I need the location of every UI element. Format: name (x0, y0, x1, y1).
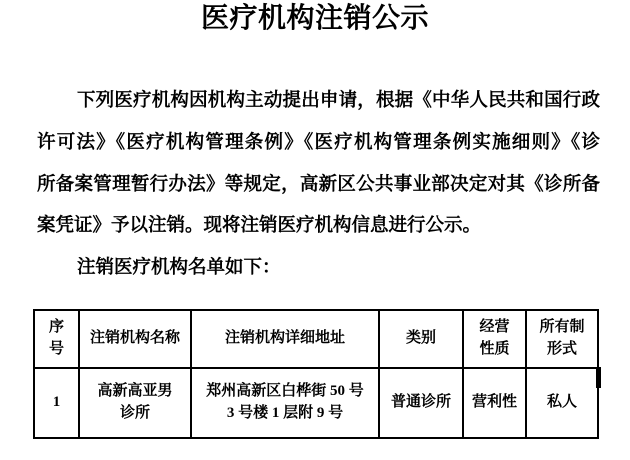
paragraph-line: 所备案管理暂行办法》等规定，高新区公共事业部决定对其《诊所备 (37, 165, 600, 207)
announcement-body: 下列医疗机构因机构主动提出申请，根据《中华人民共和国行政 许可法》《医疗机构管理… (37, 81, 600, 290)
cell-operation-nature: 营利性 (463, 368, 526, 438)
header-cell-ownership-form: 所有制 形式 (526, 310, 598, 368)
cell-ownership-form: 私人 (526, 368, 598, 438)
table-row: 1 高新高亚男 诊所 郑州高新区白桦街 50 号 3 号楼 1 层附 9 号 普… (34, 368, 598, 438)
table-edge-black-marker (596, 367, 601, 388)
paragraph-line: 注销医疗机构名单如下： (37, 248, 600, 290)
header-cell-operation-nature: 经营 性质 (463, 310, 526, 368)
header-cell-category: 类别 (379, 310, 463, 368)
deregistration-table: 序 号 注销机构名称 注销机构详细地址 类别 经营 性质 所有制 形式 1 高新… (33, 309, 599, 439)
cell-org-name: 高新高亚男 诊所 (79, 368, 191, 438)
paragraph-line: 许可法》《医疗机构管理条例》《医疗机构管理条例实施细则》《诊 (37, 123, 600, 165)
header-cell-org-address: 注销机构详细地址 (191, 310, 379, 368)
page-title: 医疗机构注销公示 (0, 2, 630, 36)
header-cell-org-name: 注销机构名称 (79, 310, 191, 368)
table-header-row: 序 号 注销机构名称 注销机构详细地址 类别 经营 性质 所有制 形式 (34, 310, 598, 368)
paragraph-line: 案凭证》予以注销。现将注销医疗机构信息进行公示。 (37, 206, 600, 248)
cell-seq-no: 1 (34, 368, 79, 438)
cell-org-address: 郑州高新区白桦街 50 号 3 号楼 1 层附 9 号 (191, 368, 379, 438)
paragraph-line: 下列医疗机构因机构主动提出申请，根据《中华人民共和国行政 (37, 81, 600, 123)
header-cell-seq-no: 序 号 (34, 310, 79, 368)
cell-category: 普通诊所 (379, 368, 463, 438)
document-page: { "page": { "title": "医疗机构注销公示" }, "body… (0, 0, 630, 460)
